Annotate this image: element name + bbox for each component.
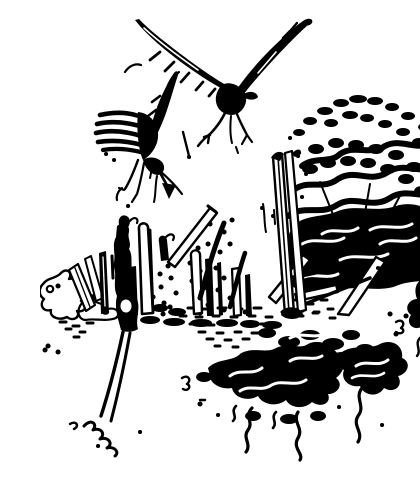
bottom-vegetation: Tangled scrub with trailing tendrils alo… <box>182 342 408 460</box>
motion-arc: Small motion stroke near the storks <box>125 64 141 72</box>
flying-stork-right: Stork gliding with outstretched wings an… <box>135 19 312 153</box>
ink-illustration: Two storks flying above a wrecked nest o… <box>40 16 420 462</box>
illustration-svg: Two storks flying above a wrecked nest o… <box>40 16 420 462</box>
knot-hole <box>121 300 132 313</box>
